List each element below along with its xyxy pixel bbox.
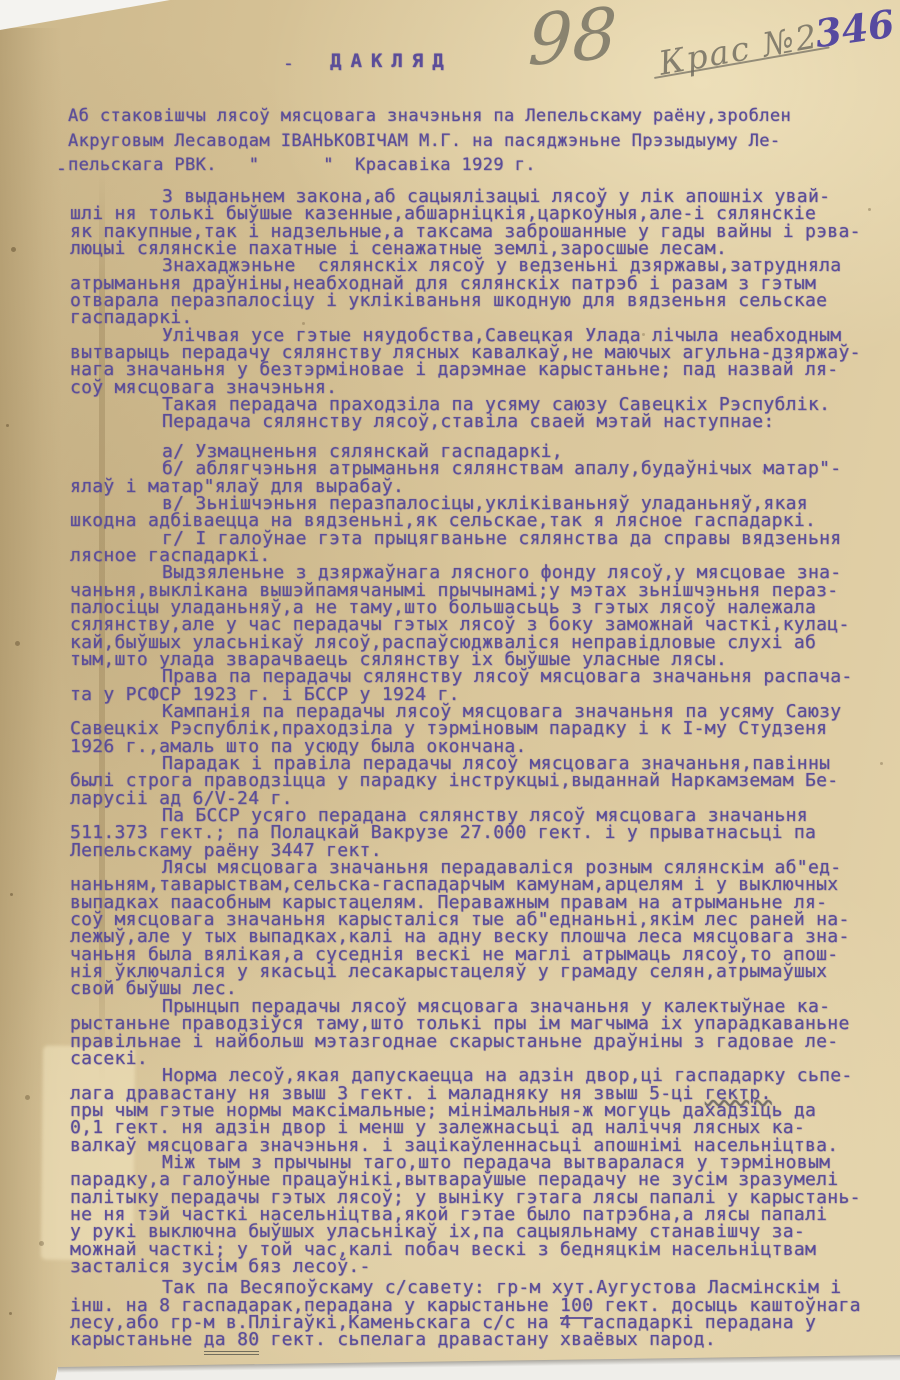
- text-line: Перадача сялянству лясоў,ставіла сваей м…: [70, 413, 861, 430]
- text-line: засталіся зусім бяз лесоў.-: [70, 1258, 861, 1275]
- text-line: рыстаньне праводзіўся таму,што толькі пр…: [70, 1015, 861, 1032]
- subject-line: Акруговым Лесаводам ІВАНЬКОВІЧАМ М.Г. на…: [68, 129, 791, 154]
- text-line: Выдзяленьне з дзяржаўнага лясного фонду …: [70, 564, 861, 581]
- scanned-document-screenshot: ДАКЛЯД 98 Крас №2 346 Аб стаковішчы лясо…: [0, 0, 900, 1380]
- torn-corner-edge: [0, 0, 187, 28]
- text-line: карыстаньне да 80 гект. сьпелага драваст…: [70, 1331, 861, 1348]
- paragraph: Улічвая усе гэтые няудобства,Савецкая Ул…: [70, 327, 861, 396]
- margin-dash: -: [283, 53, 294, 74]
- paragraph: Знахаджэньне сялянскіх лясоў у ведзеньні…: [70, 257, 861, 326]
- document-subject: Аб стаковішчы лясоў мясцовага значэньня …: [68, 104, 791, 178]
- text-line: сялянству,але у час перадачы гэтых лясоў…: [70, 616, 861, 633]
- text-line: б/ аблягчэньня атрыманьня сялянствам апа…: [70, 460, 861, 477]
- paragraph: Норма лесоў,якая дапускаецца на адзін дв…: [70, 1067, 861, 1154]
- paragraph: Прынцып перадачы лясоў мясцовага значань…: [70, 998, 861, 1067]
- underlined-text: да 80: [204, 1329, 260, 1355]
- text-line: 0,1 гект. ня адзін двор і менш у залежна…: [70, 1119, 861, 1136]
- paragraph: Так па Весяпоўскаму с/савету: гр-м хут.А…: [70, 1279, 861, 1348]
- document-body: З выданьнем закона,аб сацыялізацыі лясоў…: [70, 188, 861, 1349]
- paragraph: Кампанія па перадачы лясоў мясцовага зна…: [70, 703, 861, 755]
- paragraph: З выданьнем закона,аб сацыялізацыі лясоў…: [70, 188, 861, 257]
- document-page: ДАКЛЯД 98 Крас №2 346 Аб стаковішчы лясо…: [0, 0, 900, 1380]
- paragraph: в/ Зьнішчэньня перазпалосіцы,укліківаньн…: [70, 495, 861, 530]
- margin-dash: -: [86, 773, 97, 794]
- paragraph: Выдзяленьне з дзяржаўнага лясного фонду …: [70, 564, 861, 668]
- subject-line: пельскага РВК. " " Красавіка 1929 г.: [68, 153, 791, 178]
- paragraph: Па БССР усяго перадана сялянству лясоў м…: [70, 807, 861, 859]
- handwritten-pencil-number: 98: [527, 0, 618, 76]
- paragraph: Лясы мясцовага значаньня перадаваліся ро…: [70, 859, 861, 998]
- paragraph: Права па перадачы сялянству лясоў мясцов…: [70, 668, 861, 703]
- text-line: шкодна адбіваецца на вядзеньні,як сельск…: [70, 512, 861, 529]
- margin-dash: -: [56, 158, 67, 179]
- text-line: правільнае і найбольш мэтазгоднае скарыс…: [70, 1033, 861, 1050]
- margin-dash: -: [80, 363, 91, 384]
- paragraph: Між тым з прычыны таго,што перадача вытв…: [70, 1154, 861, 1275]
- paragraph: б/ аблягчэньня атрыманьня сялянствам апа…: [70, 460, 861, 495]
- paragraph: Парадак і правіла перадачы лясоў мясцова…: [70, 755, 861, 807]
- paragraph: Перадача сялянству лясоў,ставіла сваей м…: [70, 413, 861, 430]
- document-title: ДАКЛЯД: [330, 50, 453, 72]
- paragraph: г/ І галоўнае гэта прыцягваньне сялянств…: [70, 530, 861, 565]
- text-line: парадку,а галоўные працаўнікі,вытвараўшы…: [70, 1171, 861, 1188]
- paper-specks: [0, 0, 3, 3]
- subject-line: Аб стаковішчы лясоў мясцовага значэньня …: [68, 104, 791, 129]
